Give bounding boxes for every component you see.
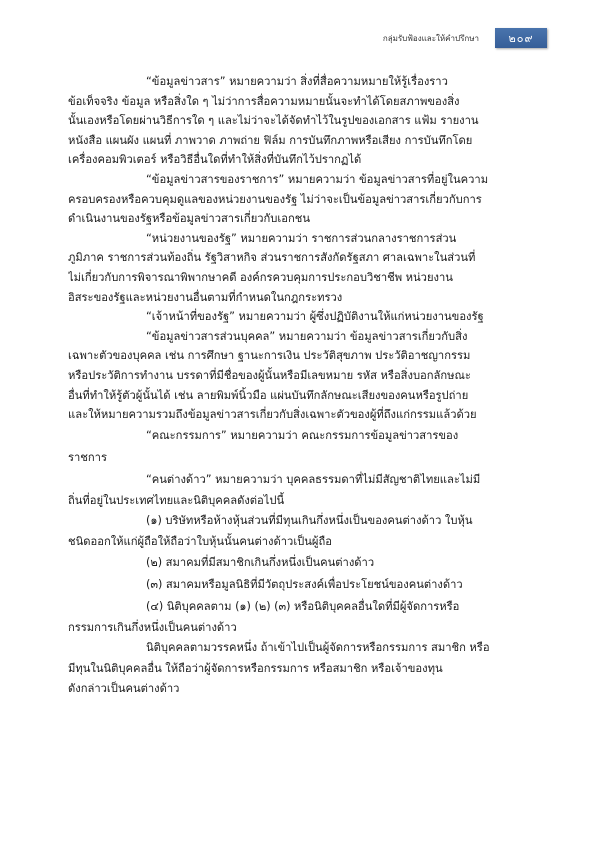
text-line: ภูมิภาค ราชการส่วนท้องถิ่น รัฐวิสาหกิจ ส… — [68, 248, 528, 268]
definition-state-agency: “หน่วยงานของรัฐ” หมายความว่า ราชการส่วนก… — [68, 229, 528, 307]
page-header: กลุ่มรับฟ้องและให้คำปรึกษา ๒๐๙ — [383, 28, 547, 48]
text-line: ราชการ — [68, 447, 528, 469]
text-line: ชนิดออกให้แก่ผู้ถือให้ถือว่าใบหุ้นนั้นคน… — [68, 532, 528, 552]
text-line: กรรมการเกินกึ่งหนึ่งเป็นคนต่างด้าว — [68, 618, 528, 638]
text-line: “ข้อมูลข่าวสารของราชการ” หมายความว่า ข้อ… — [68, 170, 528, 190]
text-line: ดำเนินงานของรัฐหรือข้อมูลข่าวสารเกี่ยวกั… — [68, 209, 528, 229]
definition-alien: “คนต่างด้าว” หมายความว่า บุคคลธรรมดาที่ไ… — [68, 469, 528, 511]
item-3: (๓) สมาคมหรือมูลนิธิที่มีวัตถุประสงค์เพื… — [68, 574, 528, 596]
text-line: ถิ่นที่อยู่ในประเทศไทยและนิติบุคคลดังต่อ… — [68, 491, 528, 511]
text-line: หรือประวัติการทำงาน บรรดาที่มีชื่อของผู้… — [68, 366, 528, 386]
text-line: นิติบุคคลตามวรรคหนึ่ง ถ้าเข้าไปเป็นผู้จั… — [68, 637, 528, 659]
text-line: ไม่เกี่ยวกับการพิจารณาพิพากษาคดี องค์กรค… — [68, 268, 528, 288]
text-line: นั้นเองหรือโดยผ่านวิธีการใด ๆ และไม่ว่าจ… — [68, 111, 528, 131]
text-line: อื่นที่ทำให้รู้ตัวผู้นั้นได้ เช่น ลายพิม… — [68, 386, 528, 406]
document-body: “ข้อมูลข่าวสาร” หมายความว่า สิ่งที่สื่อค… — [68, 72, 528, 699]
text-line: “หน่วยงานของรัฐ” หมายความว่า ราชการส่วนก… — [68, 229, 528, 249]
closing-paragraph: นิติบุคคลตามวรรคหนึ่ง ถ้าเข้าไปเป็นผู้จั… — [68, 637, 528, 698]
text-line: ข้อเท็จจริง ข้อมูล หรือสิ่งใด ๆ ไม่ว่ากา… — [68, 92, 528, 112]
text-line: มีทุนในนิติบุคคลอื่น ให้ถือว่าผู้จัดการห… — [68, 659, 528, 679]
text-line: เฉพาะตัวของบุคคล เช่น การศึกษา ฐานะการเง… — [68, 346, 528, 366]
item-4: (๔) นิติบุคคลตาม (๑) (๒) (๓) หรือนิติบุค… — [68, 596, 528, 638]
text-line: “คณะกรรมการ” หมายความว่า คณะกรรมการข้อมู… — [68, 425, 528, 447]
item-1: (๑) บริษัทหรือห้างหุ้นส่วนที่มีทุนเกินกึ… — [68, 510, 528, 552]
text-line: และให้หมายความรวมถึงข้อมูลข่าวสารเกี่ยวก… — [68, 405, 528, 425]
item-2: (๒) สมาคมที่มีสมาชิกเกินกึ่งหนึ่งเป็นคนต… — [68, 552, 528, 574]
definition-official-information: “ข้อมูลข่าวสารของราชการ” หมายความว่า ข้อ… — [68, 170, 528, 229]
text-line: “ข้อมูลข่าวสารส่วนบุคคล” หมายความว่า ข้อ… — [68, 327, 528, 347]
text-line: เครื่องคอมพิวเตอร์ หรือวิธีอื่นใดที่ทำให… — [68, 150, 528, 170]
text-line: หนังสือ แผนผัง แผนที่ ภาพวาด ภาพถ่าย ฟิล… — [68, 131, 528, 151]
text-line: “คนต่างด้าว” หมายความว่า บุคคลธรรมดาที่ไ… — [68, 469, 528, 491]
text-line: ครอบครองหรือควบคุมดูแลของหน่วยงานของรัฐ … — [68, 190, 528, 210]
definition-personal-information: “ข้อมูลข่าวสารส่วนบุคคล” หมายความว่า ข้อ… — [68, 327, 528, 425]
text-line: “เจ้าหน้าที่ของรัฐ” หมายความว่า ผู้ซึ่งป… — [68, 307, 528, 327]
text-line: ดังกล่าวเป็นคนต่างด้าว — [68, 679, 528, 699]
page-number-badge: ๒๐๙ — [495, 28, 547, 48]
definition-state-official: “เจ้าหน้าที่ของรัฐ” หมายความว่า ผู้ซึ่งป… — [68, 307, 528, 327]
text-line: อิสระของรัฐและหน่วยงานอื่นตามที่กำหนดในก… — [68, 288, 528, 308]
definition-information: “ข้อมูลข่าวสาร” หมายความว่า สิ่งที่สื่อค… — [68, 72, 528, 170]
text-line: (๑) บริษัทหรือห้างหุ้นส่วนที่มีทุนเกินกึ… — [68, 510, 528, 532]
text-line: (๒) สมาคมที่มีสมาชิกเกินกึ่งหนึ่งเป็นคนต… — [68, 552, 528, 574]
text-line: (๓) สมาคมหรือมูลนิธิที่มีวัตถุประสงค์เพื… — [68, 574, 528, 596]
section-label: กลุ่มรับฟ้องและให้คำปรึกษา — [383, 32, 479, 45]
definition-committee: “คณะกรรมการ” หมายความว่า คณะกรรมการข้อมู… — [68, 425, 528, 469]
text-line: (๔) นิติบุคคลตาม (๑) (๒) (๓) หรือนิติบุค… — [68, 596, 528, 618]
text-line: “ข้อมูลข่าวสาร” หมายความว่า สิ่งที่สื่อค… — [68, 72, 528, 92]
